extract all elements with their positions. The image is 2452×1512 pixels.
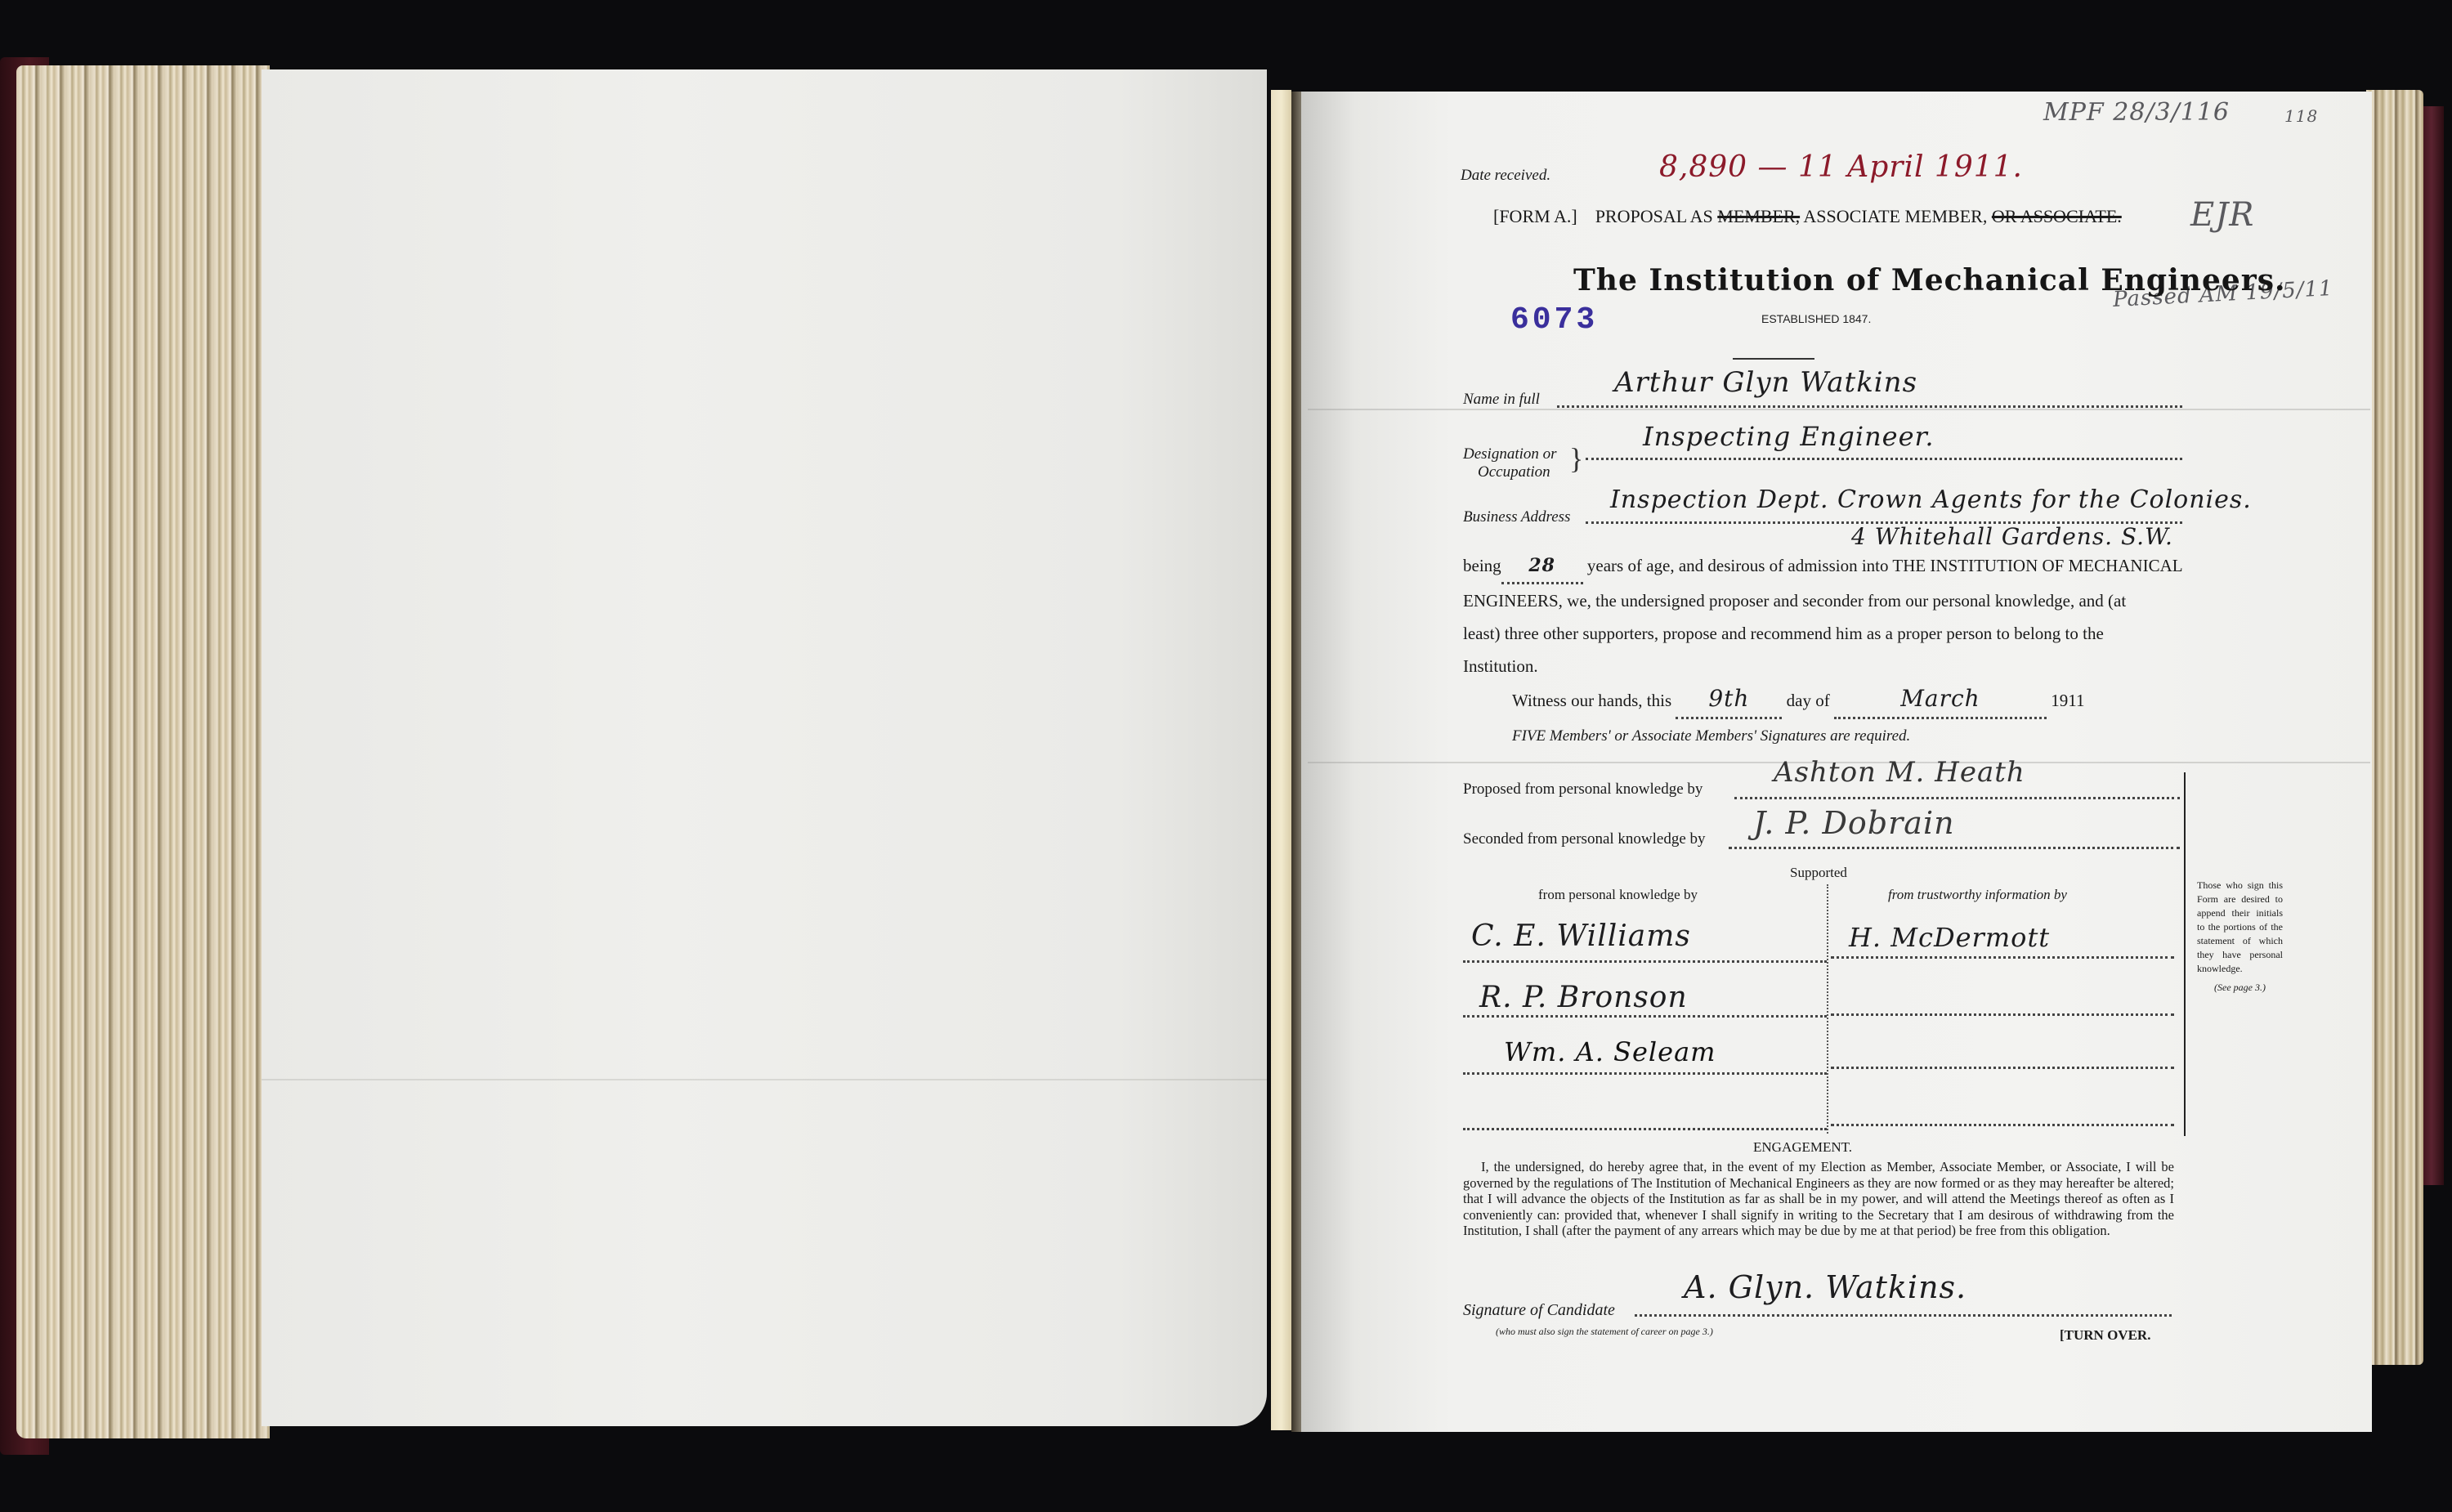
option-associate-struck: OR ASSOCIATE.	[1992, 206, 2122, 226]
engagement-text: I, the undersigned, do hereby agree that…	[1463, 1159, 2174, 1239]
engagement-title: ENGAGEMENT.	[1753, 1139, 1852, 1156]
declaration-line-1: being28 years of age, and desirous of ad…	[1463, 549, 2178, 584]
designation-value: Inspecting Engineer.	[1643, 421, 1935, 452]
proposed-label: Proposed from personal knowledge by	[1463, 781, 1703, 798]
supporter-personal-line-3	[1463, 1072, 1827, 1075]
left-page-fold	[262, 1079, 1267, 1080]
form-tag: [FORM A.]	[1493, 206, 1577, 226]
supporter-personal-line-2	[1463, 1015, 1827, 1018]
initials-annotation: EJR	[2190, 196, 2254, 234]
signature-candidate-value: A. Glyn. Watkins.	[1684, 1269, 1967, 1305]
proposed-dotline	[1734, 797, 2180, 799]
supporter-trust-line-1	[1831, 956, 2174, 959]
catalog-reference: MPF 28/3/116	[2043, 98, 2230, 127]
designation-label: Designation or Occupation	[1463, 445, 1557, 481]
signature-candidate-label: Signature of Candidate	[1463, 1301, 1615, 1320]
registration-stamp: 6073	[1510, 302, 1598, 338]
date-received-label: Date received.	[1461, 167, 1550, 185]
supporter-trust-line-2	[1831, 1013, 2174, 1016]
side-bracket	[2184, 772, 2186, 1136]
witness-year: 1911	[2051, 691, 2084, 710]
witness-month-field: March	[1834, 682, 2047, 719]
supporter-personal-1: C. E. Williams	[1471, 919, 1691, 953]
designation-dotline	[1586, 458, 2182, 460]
witness-line: Witness our hands, this 9th day of March…	[1512, 682, 2084, 719]
being-word: being	[1463, 556, 1501, 575]
supporter-personal-2: R. P. Bronson	[1479, 981, 1688, 1014]
age-value: 28	[1528, 555, 1555, 576]
brace: }	[1569, 441, 1583, 476]
option-member-struck: MEMBER,	[1717, 206, 1800, 226]
page-number: 118	[2284, 106, 2318, 126]
witness-day-field: 9th	[1676, 682, 1782, 719]
signature-note: (who must also sign the statement of car…	[1496, 1326, 1713, 1338]
page-edges-left	[16, 65, 270, 1438]
seconded-by: J. P. Dobrain	[1753, 805, 1955, 841]
witness-month: March	[1900, 685, 1980, 712]
supporters-divider	[1827, 884, 1828, 1134]
address-line-2: 4 Whitehall Gardens. S.W.	[1851, 523, 2173, 550]
supporter-trust-line-4	[1831, 1124, 2174, 1126]
signatures-required: FIVE Members' or Associate Members' Sign…	[1512, 727, 1910, 745]
supported-label: Supported	[1790, 865, 1847, 881]
institution-title: The Institution of Mechanical Engineers.	[1573, 263, 2286, 297]
established-line: ESTABLISHED 1847.	[1761, 312, 1871, 325]
page-edges-right	[2366, 90, 2423, 1365]
side-note-text: Those who sign this Form are desired to …	[2197, 879, 2283, 976]
supporter-trust-line-3	[1831, 1067, 2174, 1069]
declaration-text-2: ENGINEERS, we, the undersigned proposer …	[1463, 584, 2178, 617]
turn-over: [TURN OVER.	[2060, 1327, 2150, 1344]
proposed-by: Ashton M. Heath	[1774, 756, 2025, 789]
witness-prefix: Witness our hands, this	[1512, 691, 1671, 710]
name-value: Arthur Glyn Watkins	[1614, 366, 1917, 399]
witness-day-of: day of	[1787, 691, 1830, 710]
address-label: Business Address	[1463, 508, 1570, 526]
supporter-trustworthy-1: H. McDermott	[1849, 922, 2050, 953]
name-dotline	[1557, 405, 2182, 408]
page-fold-upper	[1308, 409, 2370, 410]
designation-label-line1: Designation or	[1463, 445, 1557, 463]
designation-label-line2: Occupation	[1463, 463, 1557, 481]
flyleaf-strip	[1271, 90, 1291, 1430]
side-note: Those who sign this Form are desired to …	[2197, 879, 2283, 995]
declaration-text-3: least) three other supporters, propose a…	[1463, 617, 2178, 650]
declaration-text-1: years of age, and desirous of admission …	[1587, 556, 2183, 575]
personal-knowledge-header: from personal knowledge by	[1538, 887, 1698, 903]
supporter-personal-3: Wm. A. Seleam	[1504, 1036, 1716, 1067]
proposal-heading: [FORM A.] PROPOSAL AS MEMBER, ASSOCIATE …	[1493, 206, 2122, 227]
left-page-blank	[262, 69, 1267, 1426]
age-field: 28	[1501, 549, 1583, 584]
declaration-text-4: Institution.	[1463, 650, 2178, 682]
date-received-value: 8,890 — 11 April 1911.	[1659, 150, 2023, 184]
address-line-1: Inspection Dept. Crown Agents for the Co…	[1610, 485, 2252, 514]
declaration-paragraph: being28 years of age, and desirous of ad…	[1463, 549, 2178, 682]
witness-day: 9th	[1708, 685, 1749, 712]
option-associate-member: ASSOCIATE MEMBER,	[1803, 206, 1987, 226]
seconded-dotline	[1729, 847, 2180, 849]
header-rule	[1733, 358, 1814, 360]
supporter-personal-line-1	[1463, 960, 1827, 963]
supporter-personal-line-4	[1463, 1128, 1827, 1130]
name-label: Name in full	[1463, 391, 1540, 409]
seconded-label: Seconded from personal knowledge by	[1463, 830, 1706, 848]
side-note-ref: (See page 3.)	[2197, 981, 2283, 995]
signature-candidate-dotline	[1635, 1314, 2172, 1317]
trustworthy-header: from trustworthy information by	[1888, 887, 2067, 903]
proposal-prefix: PROPOSAL AS	[1595, 206, 1713, 226]
